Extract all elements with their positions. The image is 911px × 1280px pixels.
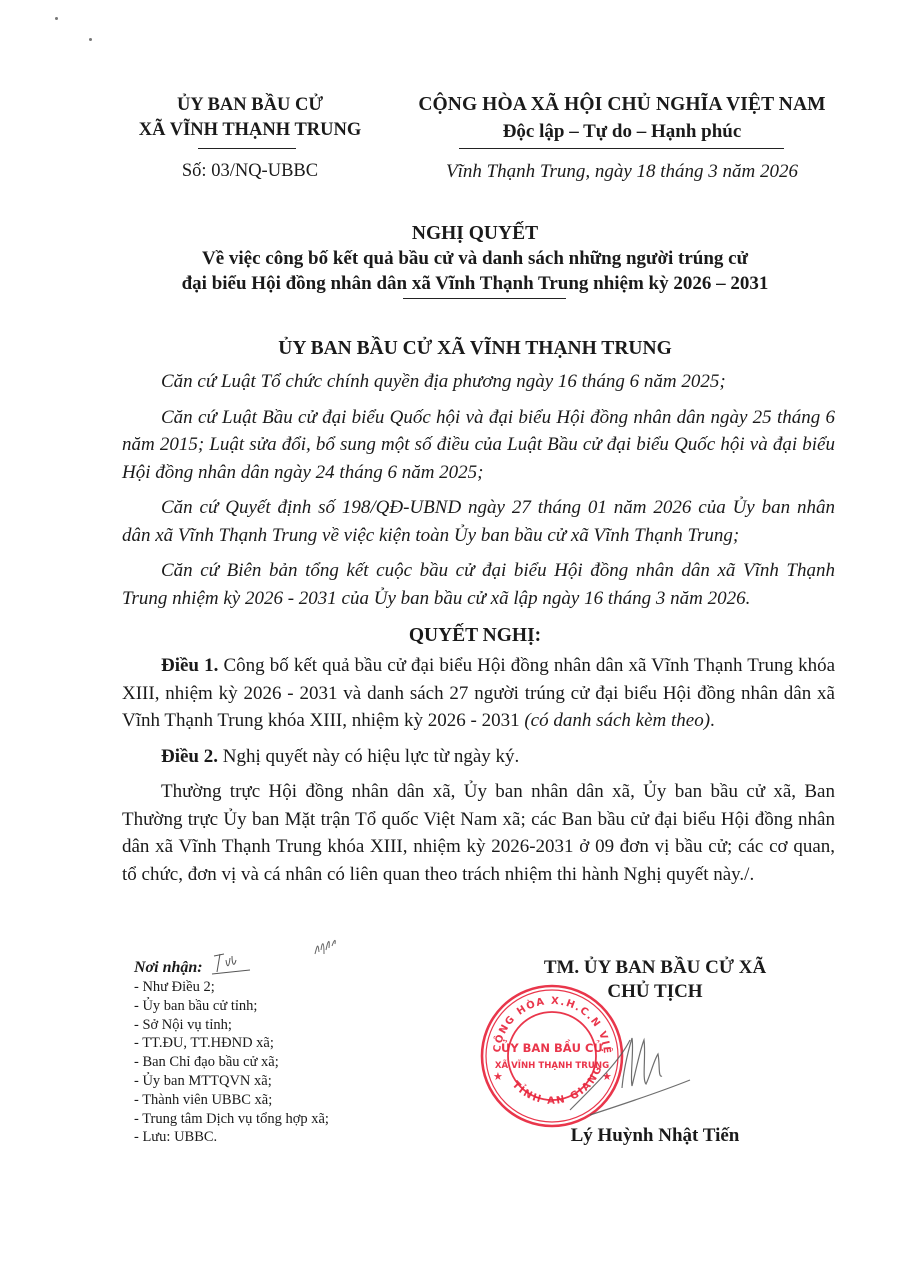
subject-line-1: Về việc công bố kết quả bầu cử và danh s… xyxy=(100,246,850,271)
basis-paragraph: Căn cứ Luật Bầu cử đại biểu Quốc hội và … xyxy=(122,404,835,487)
recipients-list: Nơi nhận: - Như Điều 2; - Ủy ban bầu cử … xyxy=(134,958,464,1147)
recipient-item: - Lưu: UBBC. xyxy=(134,1128,464,1147)
motto: Độc lập – Tự do – Hạnh phúc xyxy=(372,118,872,145)
subject-line-2: đại biểu Hội đồng nhân dân xã Vĩnh Thạnh… xyxy=(100,271,850,296)
document-page: ỦY BAN BẦU CỬ XÃ VĨNH THẠNH TRUNG Số: 03… xyxy=(0,0,911,1280)
article-1: Điều 1. Công bố kết quả bầu cử đại biểu … xyxy=(122,652,835,735)
agency-divider xyxy=(198,148,296,149)
basis-paragraph: Căn cứ Quyết định số 198/QĐ-UBND ngày 27… xyxy=(122,494,835,549)
article-label: Điều 1. xyxy=(161,655,218,676)
recipient-item: - Như Điều 2; xyxy=(134,978,464,997)
scan-speck xyxy=(89,38,92,41)
recipient-item: - Ban Chỉ đạo bầu cử xã; xyxy=(134,1053,464,1072)
motto-divider xyxy=(459,148,784,149)
agency-line-2: XÃ VĨNH THẠNH TRUNG xyxy=(105,118,395,143)
handwritten-initial-icon xyxy=(312,932,342,960)
document-number: Số: 03/NQ-UBBC xyxy=(105,161,395,182)
article-label: Điều 2. xyxy=(161,746,218,767)
signer-name: Lý Huỳnh Nhật Tiến xyxy=(500,1125,810,1147)
recipient-item: - Ủy ban MTTQVN xã; xyxy=(134,1072,464,1091)
scan-speck xyxy=(55,17,58,20)
article-text: Nghị quyết này có hiệu lực từ ngày ký. xyxy=(218,746,519,767)
on-behalf-label: TM. ỦY BAN BẦU CỬ XÃ xyxy=(500,956,810,980)
article-note: (có danh sách kèm theo) xyxy=(524,710,710,731)
title-divider xyxy=(403,298,566,299)
recipient-item: - Ủy ban bầu cử tỉnh; xyxy=(134,997,464,1016)
articles: Điều 1. Công bố kết quả bầu cử đại biểu … xyxy=(122,652,835,896)
recipient-item: - Thành viên UBBC xã; xyxy=(134,1091,464,1110)
recipient-item: - Sở Nội vụ tỉnh; xyxy=(134,1016,464,1035)
national-motto: CỘNG HÒA XÃ HỘI CHỦ NGHĨA VIỆT NAM Độc l… xyxy=(372,91,872,145)
recipient-item: - Trung tâm Dịch vụ tổng hợp xã; xyxy=(134,1110,464,1129)
basis-paragraph: Căn cứ Biên bản tổng kết cuộc bầu cử đại… xyxy=(122,557,835,612)
agency-line-1: ỦY BAN BẦU CỬ xyxy=(105,93,395,118)
basis-paragraph: Căn cứ Luật Tổ chức chính quyền địa phươ… xyxy=(122,368,835,396)
legal-basis: Căn cứ Luật Tổ chức chính quyền địa phươ… xyxy=(122,368,835,620)
svg-text:★: ★ xyxy=(493,1070,503,1083)
decision-heading: QUYẾT NGHỊ: xyxy=(100,625,850,647)
recipient-item: - TT.ĐU, TT.HĐND xã; xyxy=(134,1034,464,1053)
issuing-agency: ỦY BAN BẦU CỬ XÃ VĨNH THẠNH TRUNG xyxy=(105,93,395,143)
article-end: . xyxy=(710,710,715,731)
country-name: CỘNG HÒA XÃ HỘI CHỦ NGHĨA VIỆT NAM xyxy=(372,91,872,118)
document-type: NGHỊ QUYẾT xyxy=(100,222,850,246)
article-2: Điều 2. Nghị quyết này có hiệu lực từ ng… xyxy=(122,743,835,771)
implementation-paragraph: Thường trực Hội đồng nhân dân xã, Ủy ban… xyxy=(122,778,835,888)
article-text: Công bố kết quả bầu cử đại biểu Hội đồng… xyxy=(122,655,835,731)
document-title: NGHỊ QUYẾT Về việc công bố kết quả bầu c… xyxy=(100,222,850,296)
recipients-heading: Nơi nhận: xyxy=(134,958,464,978)
issuer-heading: ỦY BAN BẦU CỬ XÃ VĨNH THẠNH TRUNG xyxy=(100,338,850,360)
handwritten-signature-icon xyxy=(560,1010,710,1120)
place-date: Vĩnh Thạnh Trung, ngày 18 tháng 3 năm 20… xyxy=(372,161,872,183)
